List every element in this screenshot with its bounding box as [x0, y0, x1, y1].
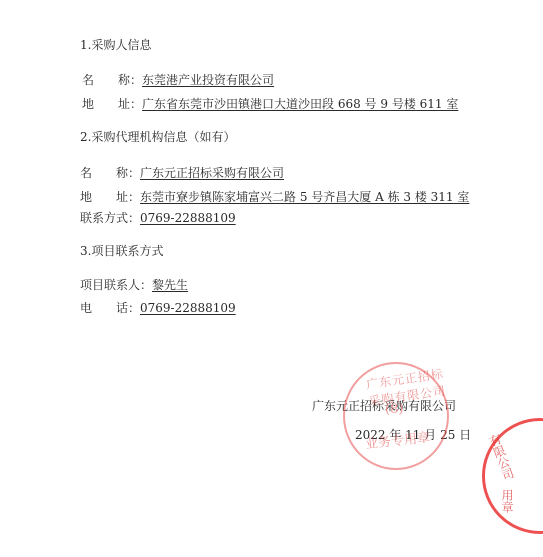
agency-name-value: 广东元正招标采购有限公司 [140, 166, 284, 180]
agency-address-row: 地 址：东莞市寮步镇陈家埔富兴二路 5 号齐昌大厦 A 栋 3 楼 311 室 [80, 190, 469, 204]
section2-heading: 2.采购代理机构信息（如有） [80, 130, 235, 144]
agency-contact-label: 联系方式： [80, 211, 140, 225]
section3-heading: 3.项目联系方式 [80, 244, 163, 258]
purchaser-name-value: 东莞港产业投资有限公司 [142, 73, 274, 87]
agency-contact-value: 0769-22888109 [140, 211, 236, 225]
company-seal-stamp: 广东元正招标采购有限公司 (8) 业务专用章 [343, 362, 449, 470]
partial-seal-text: 有限公司 [485, 432, 517, 483]
signature-company: 广东元正招标采购有限公司 [312, 399, 456, 413]
project-contact-label: 项目联系人： [80, 278, 152, 292]
agency-address-label: 地 址： [80, 190, 140, 204]
signature-date: 2022 年 11 月 25 日 [355, 428, 471, 442]
project-phone-row: 电 话：0769-22888109 [80, 301, 236, 315]
purchaser-name-row: 名 称：东莞港产业投资有限公司 [82, 73, 274, 87]
project-contact-value: 黎先生 [152, 278, 188, 292]
purchaser-address-value: 广东省东莞市沙田镇港口大道沙田段 668 号 9 号楼 611 室 [142, 97, 458, 111]
agency-address-value: 东莞市寮步镇陈家埔富兴二路 5 号齐昌大厦 A 栋 3 楼 311 室 [140, 190, 469, 204]
purchaser-name-label: 名 称： [82, 73, 142, 87]
section1-heading: 1.采购人信息 [80, 38, 151, 52]
partial-seal-bottom-text: 用章 [499, 489, 516, 513]
agency-name-row: 名 称：广东元正招标采购有限公司 [80, 166, 284, 180]
project-contact-row: 项目联系人：黎先生 [80, 278, 188, 292]
agency-name-label: 名 称： [80, 166, 140, 180]
agency-contact-row: 联系方式：0769-22888109 [80, 211, 236, 225]
project-phone-label: 电 话： [80, 301, 140, 315]
purchaser-address-row: 地 址：广东省东莞市沙田镇港口大道沙田段 668 号 9 号楼 611 室 [82, 97, 458, 111]
project-phone-value: 0769-22888109 [140, 301, 236, 315]
purchaser-address-label: 地 址： [82, 97, 142, 111]
partial-seal-stamp: 有限公司 用章 [482, 418, 543, 534]
